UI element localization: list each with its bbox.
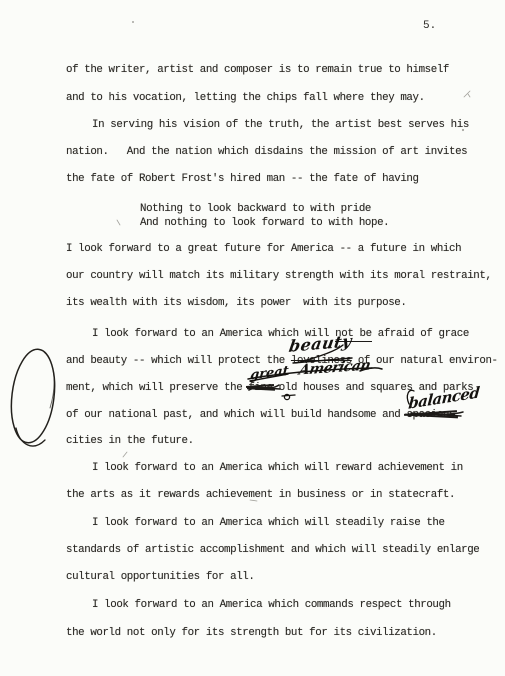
typed-line: nation. And the nation which disdains th… (66, 146, 467, 158)
typed-line: I look forward to an America which comma… (92, 599, 451, 611)
typed-line-edited: I look forward to an America which will … (92, 328, 469, 340)
line-segment: of our natural environ- (352, 355, 498, 367)
typed-line: I look forward to an America which will … (92, 462, 463, 474)
page-number: 5. (423, 20, 436, 32)
struck-word-fine: fine (248, 382, 272, 394)
typed-line: I look forward to an America which will … (92, 517, 445, 529)
typed-line: our country will match its military stre… (66, 270, 492, 282)
typed-line: cities in the future. (66, 435, 194, 447)
typed-line: cultural opportunities for all. (66, 571, 254, 583)
line-segment: ment, which will preserve the (66, 382, 248, 394)
line-segment: and beauty -- which will protect the (66, 355, 291, 367)
typed-line: of the writer, artist and composer is to… (66, 64, 449, 76)
quote-line: Nothing to look backward to with pride (140, 203, 371, 215)
typed-line: the world not only for its strength but … (66, 627, 437, 639)
document-page: 5. of the writer, artist and composer is… (0, 0, 505, 676)
quote-line: And nothing to look forward to with hope… (140, 217, 389, 229)
typed-line: the fate of Robert Frost's hired man -- … (66, 173, 419, 185)
line-segment: afraid of grace (372, 328, 469, 340)
typed-line: standards of artistic accomplishment and… (66, 544, 479, 556)
typed-line: I look forward to a great future for Ame… (66, 243, 461, 255)
typed-line-edited: of our national past, and which will bui… (66, 409, 455, 421)
typed-line: its wealth with its wisdom, its power wi… (66, 297, 406, 309)
typed-line: and to his vocation, letting the chips f… (66, 92, 425, 104)
typed-line: the arts as it rewards achievement in bu… (66, 489, 455, 501)
line-segment: of our national past, and which will bui… (66, 409, 406, 421)
typed-line: In serving his vision of the truth, the … (92, 119, 469, 131)
caret-mark (282, 394, 295, 399)
typed-line-edited: ment, which will preserve the fine old h… (66, 382, 473, 394)
margin-oval-mark (6, 347, 59, 446)
